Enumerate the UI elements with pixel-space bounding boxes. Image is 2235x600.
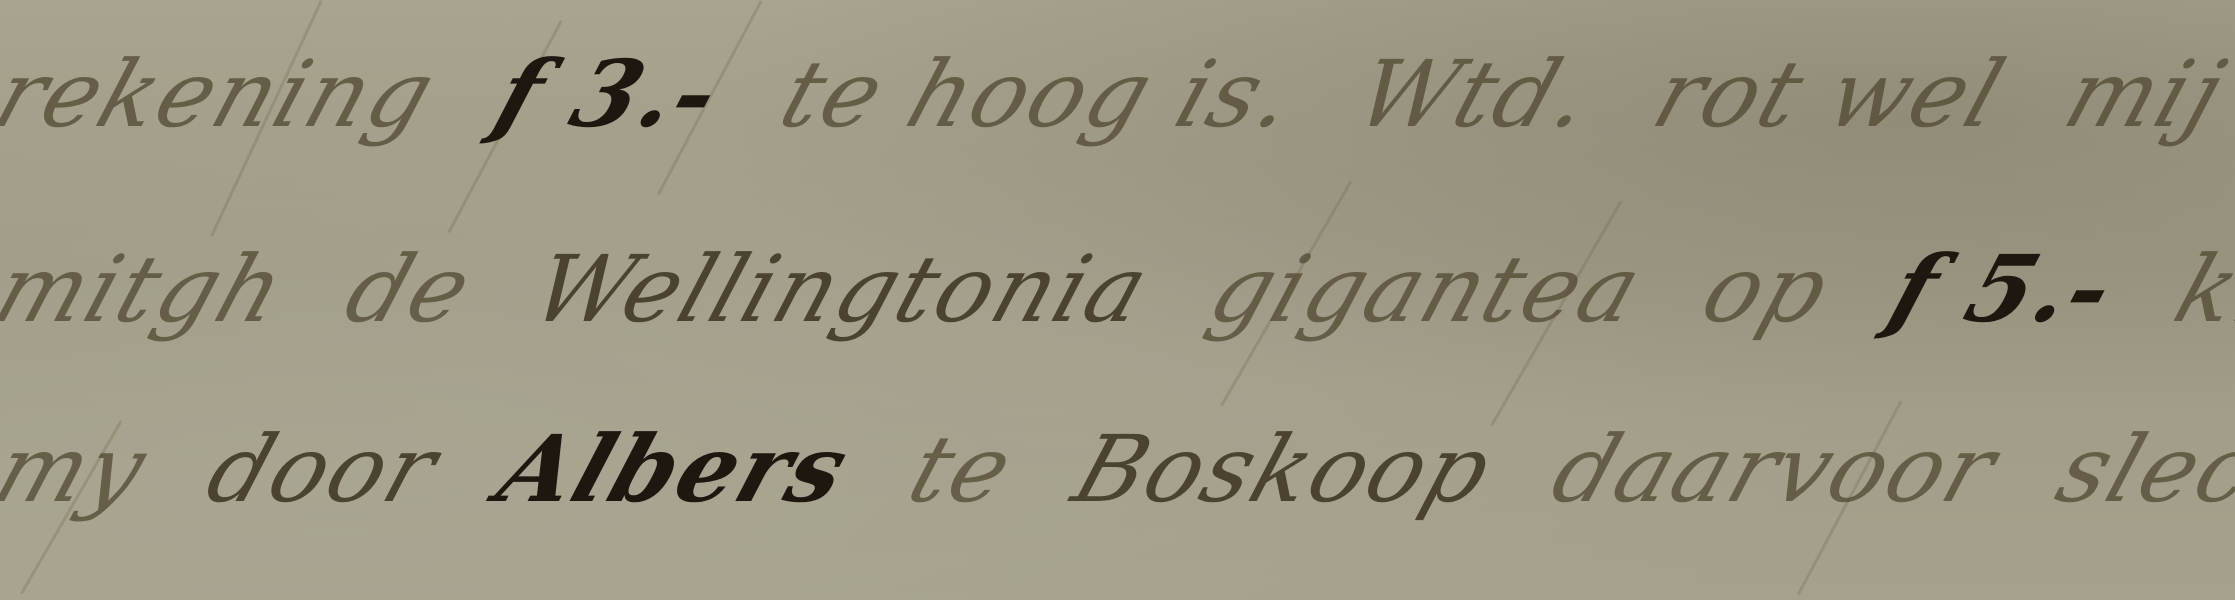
word: rot wel: [1641, 41, 2018, 148]
word: kreeg: [2163, 236, 2235, 343]
amount: f 3.-: [483, 40, 734, 148]
word: Wellingtonia: [520, 236, 1163, 343]
word: de: [333, 236, 485, 343]
word: te: [897, 416, 1027, 523]
word: te hoog is.: [768, 41, 1309, 148]
word: mij: [2053, 41, 2235, 148]
word: rekening: [0, 41, 449, 148]
word: Wtd.: [1344, 41, 1606, 148]
amount: f 5.-: [1878, 235, 2129, 343]
word: door: [195, 416, 451, 523]
word: Boskoop: [1061, 416, 1505, 523]
word: my: [0, 416, 160, 523]
word: slechts: [2045, 416, 2235, 523]
word: gigantea: [1197, 236, 1655, 343]
text-line-2: mitgh de Wellingtonia gigantea op f 5.- …: [0, 235, 2235, 343]
word: op: [1690, 236, 1843, 343]
text-line-3: my door Albers te Boskoop daarvoor slech…: [0, 415, 2235, 523]
text-line-1: rekening f 3.- te hoog is. Wtd. rot wel …: [0, 40, 2235, 148]
manuscript-page: rekening f 3.- te hoog is. Wtd. rot wel …: [0, 0, 2235, 600]
word: mitgh: [0, 236, 299, 343]
word: Albers: [486, 415, 863, 523]
word: daarvoor: [1540, 416, 2010, 523]
